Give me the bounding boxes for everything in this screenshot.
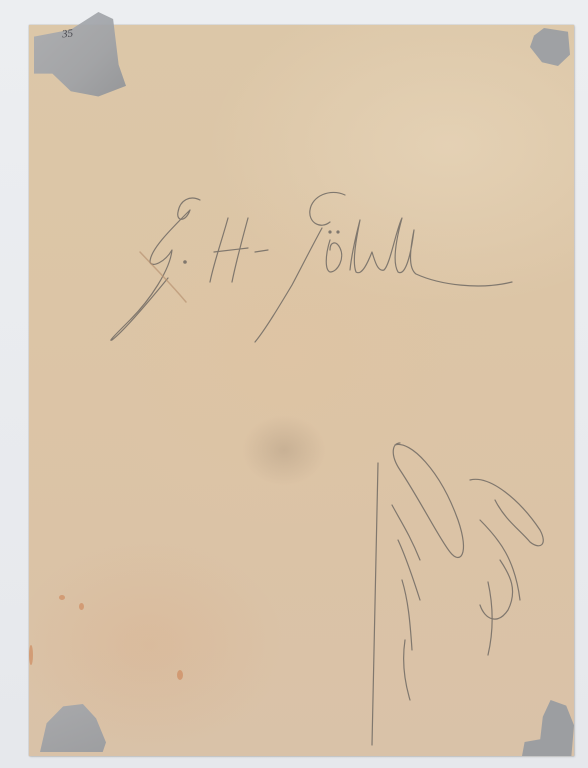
foxing-spot <box>79 603 84 610</box>
foxing-spot <box>177 670 183 680</box>
corner-pencil-note: 35 <box>61 27 73 40</box>
foxing-spot <box>29 645 33 665</box>
paper-card <box>29 25 574 756</box>
foxing-spot <box>59 595 65 600</box>
